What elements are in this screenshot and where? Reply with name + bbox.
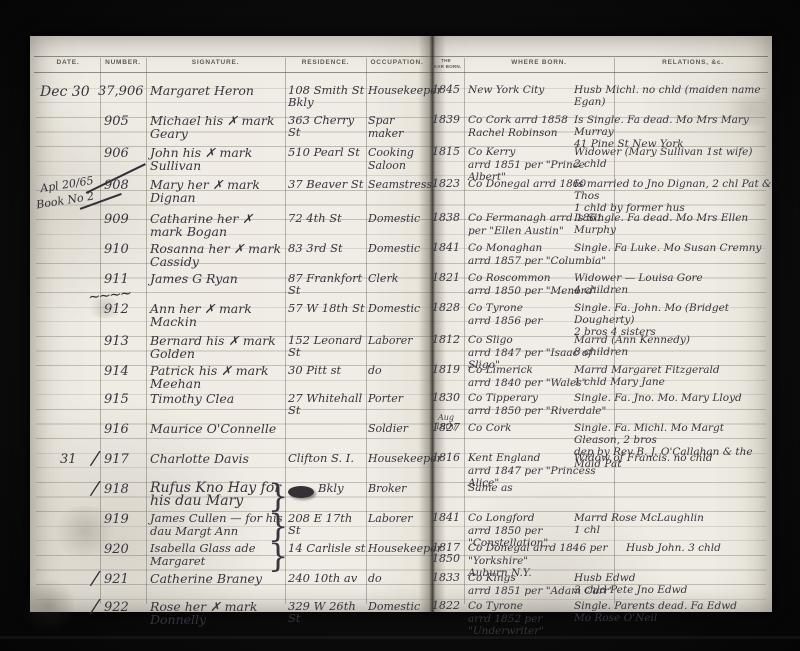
residence: 27 Whitehall St: [288, 392, 368, 416]
occupation: Porter: [368, 392, 430, 405]
residence: 83 3rd St: [288, 242, 368, 254]
occupation: Housekeeper: [368, 542, 430, 555]
header-number: NUMBER.: [100, 60, 146, 66]
signature: Catherine Braney: [150, 572, 288, 585]
residence: 363 Cherry St: [288, 114, 368, 138]
signature: Catharine her ✗ mark Bogan: [150, 212, 288, 238]
year-born: 1823: [428, 178, 464, 189]
ledger-page-spread: DATE. NUMBER. SIGNATURE. RESIDENCE. OCCU…: [30, 36, 772, 612]
ink-blot: [288, 486, 314, 498]
signature: Ann her ✗ mark Mackin: [150, 302, 288, 328]
year-born: 1819: [428, 364, 464, 375]
relations: Marrd Rose McLaughlin 1 chl: [574, 512, 772, 536]
ledger-row-912: 912 Ann her ✗ mark Mackin 57 W 18th St D…: [30, 302, 772, 332]
signature: Patrick his ✗ mark Meehan: [150, 364, 288, 390]
residence: 14 Carlisle st: [288, 542, 368, 554]
occupation: Soldier: [368, 422, 430, 435]
residence: Clifton S. I.: [288, 452, 368, 464]
ledger-row-905: 905 Michael his ✗ mark Geary 363 Cherry …: [30, 114, 772, 144]
relations: Widower — Louisa Gore 4 children: [574, 272, 772, 296]
year-born: 1817 1850: [428, 542, 464, 564]
account-number: 909: [104, 212, 152, 227]
year-born: 1828: [428, 302, 464, 313]
signature: John his ✗ mark Sullivan: [150, 146, 288, 172]
occupation: Laborer: [368, 512, 430, 525]
residence: 240 10th av: [288, 572, 368, 584]
account-number: 37,906: [98, 84, 152, 99]
relations: Husb Michl. no chld (maiden name Egan): [574, 84, 772, 108]
signature: Mary her ✗ mark Dignan: [150, 178, 288, 204]
relations: Marrd Margaret Fitzgerald 1 chld Mary Ja…: [574, 364, 772, 388]
ledger-row-904: Dec 30 37,906 Margaret Heron 108 Smith S…: [30, 84, 772, 114]
header-year-born: THE YEAR BORN.: [428, 58, 464, 70]
occupation: Spar maker: [368, 114, 430, 140]
occupation: Seamstress: [368, 178, 430, 191]
year-born: 1827: [428, 422, 464, 433]
signature: Margaret Heron: [150, 84, 288, 97]
relations: Widower (Mary Sullivan 1st wife) 2 chld: [574, 146, 772, 170]
header-where-born: WHERE BORN.: [464, 60, 614, 66]
where-born: Same as: [468, 482, 620, 495]
residence: 37 Beaver St: [288, 178, 368, 190]
occupation: Housekeeper: [368, 84, 430, 97]
account-number: 916: [104, 422, 152, 437]
relations: Single. Fa Luke. Mo Susan Cremny: [574, 242, 772, 254]
occupation: Cooking Saloon: [368, 146, 430, 172]
ledger-row-911: 911 James G Ryan 87 Frankfort St Clerk 1…: [30, 272, 772, 302]
ledger-row-915: 915 Timothy Clea 27 Whitehall St Porter …: [30, 392, 772, 422]
residence: 108 Smith St Bkly: [288, 84, 368, 108]
relations: Single. Fa. Jno. Mo. Mary Lloyd: [574, 392, 772, 404]
ledger-row-913: 913 Bernard his ✗ mark Golden 152 Leonar…: [30, 334, 772, 364]
occupation: do: [368, 572, 430, 585]
occupation: Clerk: [368, 272, 430, 285]
header-date: DATE.: [36, 60, 100, 66]
year-born: 1821: [428, 272, 464, 283]
account-number: 905: [104, 114, 152, 129]
relations: Husb Edwd 3 chld Pete Jno Edwd: [574, 572, 772, 596]
signature: Rose her ✗ mark Donnelly: [150, 600, 288, 626]
year-born: 1815: [428, 146, 464, 157]
year-born: 1838: [428, 212, 464, 223]
signature: Michael his ✗ mark Geary: [150, 114, 288, 140]
year-born: 1841: [428, 512, 464, 523]
account-number: 914: [104, 364, 152, 379]
relations: Single. Fa. John. Mo (Bridget Dougherty)…: [574, 302, 772, 338]
occupation: Domestic: [368, 242, 430, 255]
header-relations: RELATIONS, &c.: [614, 60, 772, 66]
residence: 510 Pearl St: [288, 146, 368, 158]
signature: Maurice O'Connelle: [150, 422, 288, 435]
header-rule-top: [34, 56, 768, 57]
occupation: Domestic: [368, 302, 430, 315]
occupation: Domestic: [368, 600, 430, 613]
year-born: 1822: [428, 600, 464, 611]
occupation: Domestic: [368, 212, 430, 225]
year-born: 1812: [428, 334, 464, 345]
signature: Rosanna her ✗ mark Cassidy: [150, 242, 288, 268]
ledger-row-920: 920 Isabella Glass ade Margaret } 14 Car…: [30, 542, 772, 572]
ledger-row-918: ∕ 918 Rufus Kno Hay for his dau Mary } B…: [30, 482, 772, 512]
relations: Is Single. Fa dead. Mo Mrs Ellen Murphy: [574, 212, 772, 236]
signature: Bernard his ✗ mark Golden: [150, 334, 288, 360]
ledger-row-921: ∕ 921 Catherine Braney 240 10th av do 18…: [30, 572, 772, 602]
relations: Widow of Francis. no chld: [574, 452, 772, 464]
account-number: 913: [104, 334, 152, 349]
relations: Single. Parents dead. Fa Edwd Mo Rose O'…: [574, 600, 772, 624]
occupation: Housekeeper: [368, 452, 430, 465]
header-residence: RESIDENCE.: [285, 60, 366, 66]
relations: Husb John. 3 chld: [626, 542, 800, 554]
year-born: 1830: [428, 392, 464, 403]
residence: 30 Pitt st: [288, 364, 368, 376]
grouping-brace: }: [268, 537, 288, 575]
year-born: 1839: [428, 114, 464, 125]
residence: 57 W 18th St: [288, 302, 368, 314]
residence: 72 4th St: [288, 212, 368, 224]
occupation: Laborer: [368, 334, 430, 347]
account-number: 912: [104, 302, 152, 317]
residence: 152 Leonard St: [288, 334, 368, 358]
ledger-row-922: ∕ 922 Rose her ✗ mark Donnelly 329 W 26t…: [30, 600, 772, 630]
signature: Charlotte Davis: [150, 452, 288, 465]
account-number: 915: [104, 392, 152, 407]
ledger-row-909: 909 Catharine her ✗ mark Bogan 72 4th St…: [30, 212, 772, 242]
account-number: 917: [104, 452, 152, 467]
ledger-row-914: 914 Patrick his ✗ mark Meehan 30 Pitt st…: [30, 364, 772, 394]
account-number: 918: [104, 482, 152, 497]
occupation: do: [368, 364, 430, 377]
residence: 329 W 26th St: [288, 600, 368, 624]
header-occupation: OCCUPATION.: [366, 60, 428, 66]
ledger-row-906: 906 John his ✗ mark Sullivan 510 Pearl S…: [30, 146, 772, 176]
ledger-row-908: 908 Mary her ✗ mark Dignan 37 Beaver St …: [30, 178, 772, 208]
account-number: 922: [104, 600, 152, 615]
ledger-row-917: ∕ 31 917 Charlotte Davis Clifton S. I. H…: [30, 452, 772, 482]
header-signature: SIGNATURE.: [146, 60, 285, 66]
account-number: 920: [104, 542, 152, 557]
relations: Marrd (Ann Kennedy) 8 children: [574, 334, 772, 358]
ledger-row-916: 916 Maurice O'Connelle Soldier Aug 18th/…: [30, 422, 772, 452]
signature: James G Ryan: [150, 272, 288, 285]
account-number: 911: [104, 272, 152, 287]
occupation: Broker: [368, 482, 430, 495]
year-born: 1841: [428, 242, 464, 253]
account-number: 919: [104, 512, 152, 527]
ledger-row-919: 919 James Cullen — for his dau Margt Ann…: [30, 512, 772, 542]
year-born: 1845: [428, 84, 464, 95]
entry-date: Dec 30: [40, 84, 98, 100]
relations: Is Single. Fa dead. Mo Mrs Mary Murray 4…: [574, 114, 772, 150]
relations: Is married to Jno Dignan, 2 chl Pat & Th…: [574, 178, 772, 214]
ledger-row-910: 910 Rosanna her ✗ mark Cassidy 83 3rd St…: [30, 242, 772, 272]
ledger-scan: DATE. NUMBER. SIGNATURE. RESIDENCE. OCCU…: [0, 0, 800, 651]
year-born: 1833: [428, 572, 464, 583]
account-number: 906: [104, 146, 152, 161]
account-number: 908: [104, 178, 152, 193]
residence: 87 Frankfort St: [288, 272, 368, 296]
residence: 208 E 17th St: [288, 512, 368, 536]
header-rule-bottom: [34, 72, 768, 73]
signature: Timothy Clea: [150, 392, 288, 405]
account-number: 910: [104, 242, 152, 257]
account-number: 921: [104, 572, 152, 587]
year-born: 1816: [428, 452, 464, 463]
